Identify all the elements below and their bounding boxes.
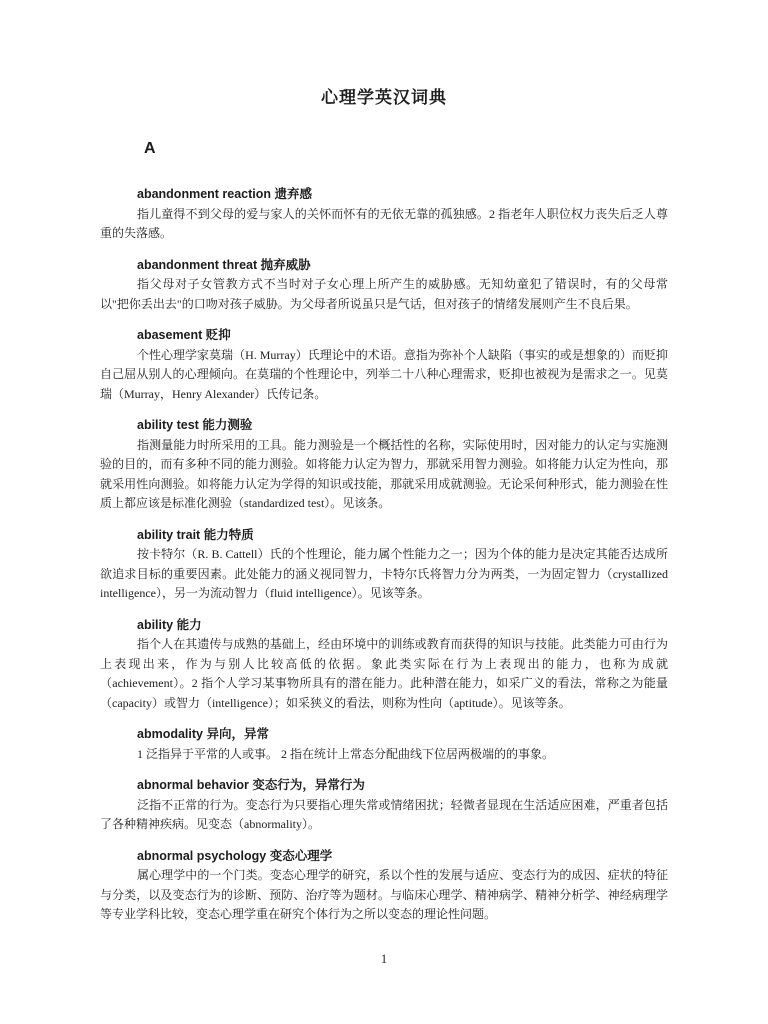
entry-headword: ability test — [137, 418, 199, 432]
entry-headword: abandonment reaction — [137, 187, 271, 201]
entry-headword: abandonment threat — [137, 258, 257, 272]
entry-translation: 变态行为，异常行为 — [252, 778, 365, 792]
entry-definition: 指个人在其遗传与成熟的基础上，经由环境中的训练或教育而获得的知识与技能。此类能力… — [100, 635, 668, 713]
entry-translation: 抛弃威胁 — [261, 258, 311, 272]
entry-definition: 指父母对子女管教方式不当时对子女心理上所产生的威胁感。无知幼童犯了错误时，有的父… — [100, 275, 668, 314]
dictionary-entry: abnormal behavior 变态行为，异常行为 泛指不正常的行为。变态行… — [100, 776, 668, 835]
page-content: 心理学英汉词典 A abandonment reaction 遗弃感 指儿童得不… — [0, 0, 768, 937]
entry-translation: 异向，异常 — [206, 727, 269, 741]
dictionary-entry: ability trait 能力特质 按卡特尔（R. B. Cattell）氏的… — [100, 526, 668, 604]
dictionary-entry: abmodality 异向，异常 1 泛指异于平常的人或事。 2 指在统计上常态… — [100, 725, 668, 764]
dictionary-entry: abandonment reaction 遗弃感 指儿童得不到父母的爱与家人的关… — [100, 185, 668, 244]
dictionary-entry: ability test 能力测验 指测量能力时所采用的工具。能力测验是一个概括… — [100, 416, 668, 514]
entry-definition: 个性心理学家莫瑞（H. Murray）氏理论中的术语。意指为弥补个人缺陷（事实的… — [100, 346, 668, 405]
entry-headword: abasement — [137, 328, 202, 342]
entry-heading: abmodality 异向，异常 — [100, 725, 668, 745]
entry-heading: abnormal behavior 变态行为，异常行为 — [100, 776, 668, 796]
entry-definition: 指儿童得不到父母的爱与家人的关怀而怀有的无依无靠的孤独感。2 指老年人职位权力丧… — [100, 205, 668, 244]
document-page: 心理学英汉词典 A abandonment reaction 遗弃感 指儿童得不… — [0, 0, 768, 1024]
entry-heading: abnormal psychology 变态心理学 — [100, 847, 668, 867]
entry-headword: ability trait — [137, 528, 200, 542]
entry-definition: 按卡特尔（R. B. Cattell）氏的个性理论，能力属个性能力之一；因为个体… — [100, 545, 668, 604]
entry-headword: abnormal psychology — [137, 849, 266, 863]
section-letter-heading: A — [144, 140, 668, 158]
entry-definition: 1 泛指异于平常的人或事。 2 指在统计上常态分配曲线下位居两极端的的事象。 — [100, 745, 668, 765]
entry-translation: 贬抑 — [206, 328, 231, 342]
entry-heading: ability trait 能力特质 — [100, 526, 668, 546]
page-title: 心理学英汉词典 — [100, 88, 668, 108]
dictionary-entry: abasement 贬抑 个性心理学家莫瑞（H. Murray）氏理论中的术语。… — [100, 326, 668, 404]
entry-heading: ability 能力 — [100, 616, 668, 636]
entry-headword: ability — [137, 618, 173, 632]
entry-heading: ability test 能力测验 — [100, 416, 668, 436]
entry-definition: 泛指不正常的行为。变态行为只要指心理失常或情绪困扰；轻微者显现在生活适应困难，严… — [100, 796, 668, 835]
entry-headword: abmodality — [137, 727, 203, 741]
dictionary-entry: ability 能力 指个人在其遗传与成熟的基础上，经由环境中的训练或教育而获得… — [100, 616, 668, 714]
entry-definition: 属心理学中的一个门类。变态心理学的研究，系以个性的发展与适应、变态行为的成因、症… — [100, 866, 668, 925]
dictionary-entry: abandonment threat 抛弃威胁 指父母对子女管教方式不当时对子女… — [100, 256, 668, 315]
entry-heading: abandonment threat 抛弃威胁 — [100, 256, 668, 276]
entry-headword: abnormal behavior — [137, 778, 249, 792]
entry-translation: 能力特质 — [204, 528, 254, 542]
entry-definition: 指测量能力时所采用的工具。能力测验是一个概括性的名称，实际使用时，因对能力的认定… — [100, 436, 668, 514]
page-number: 1 — [381, 951, 388, 966]
entry-heading: abasement 贬抑 — [100, 326, 668, 346]
entry-translation: 变态心理学 — [270, 849, 333, 863]
entry-translation: 遗弃感 — [275, 187, 313, 201]
entry-translation: 能力 — [177, 618, 202, 632]
page-footer: 1 — [0, 950, 768, 1024]
dictionary-entries-list: abandonment reaction 遗弃感 指儿童得不到父母的爱与家人的关… — [100, 185, 668, 925]
entry-translation: 能力测验 — [202, 418, 252, 432]
entry-heading: abandonment reaction 遗弃感 — [100, 185, 668, 205]
dictionary-entry: abnormal psychology 变态心理学 属心理学中的一个门类。变态心… — [100, 847, 668, 925]
